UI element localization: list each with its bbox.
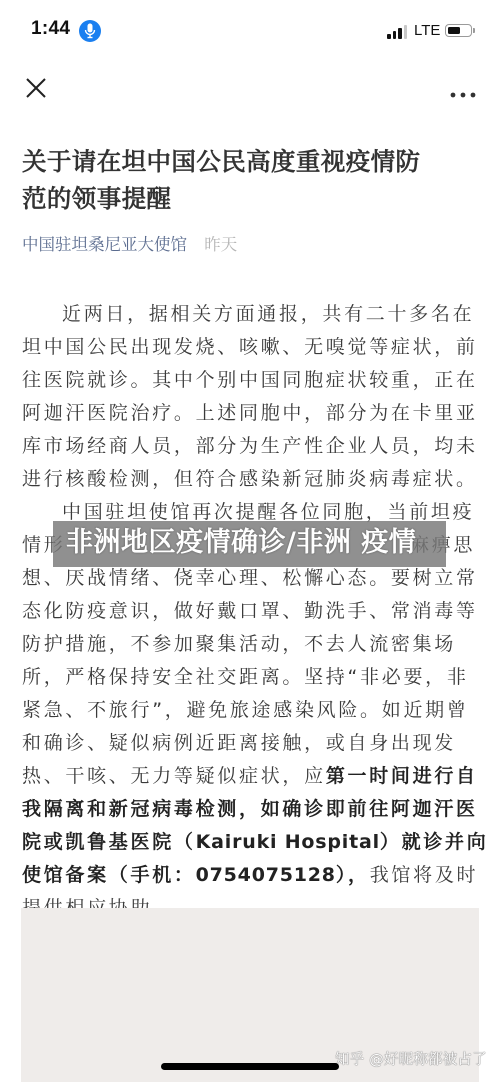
body-fragment: 热、干咳、无力等疑似症状，应 <box>22 765 326 787</box>
more-icon <box>449 91 477 99</box>
status-bar: 1:44 LTE <box>0 0 500 64</box>
body-line: 所，严格保持安全社交距离。坚持“非必要，非 <box>22 661 482 694</box>
body-line: 库市场经商人员，部分为生产性企业人员，均未 <box>22 430 482 463</box>
body-line: 近两日，据相关方面通报，共有二十多名在 <box>22 298 482 331</box>
battery-icon <box>445 24 472 37</box>
publish-time: 昨天 <box>204 235 237 254</box>
article-title-line-1: 关于请在坦中国公民高度重视疫情防 <box>22 143 482 180</box>
microphone-icon[interactable] <box>79 20 101 42</box>
emphasis-text: ）就诊并向 <box>380 831 489 853</box>
emphasis-text: ）， <box>336 864 370 886</box>
body-line: 防护措施，不参加聚集活动，不去人流密集场 <box>22 628 482 661</box>
status-time: 1:44 <box>31 18 70 40</box>
battery-tip <box>473 28 475 33</box>
article-title: 关于请在坦中国公民高度重视疫情防 范的领事提醒 <box>22 143 482 217</box>
overlay-caption-text: 非洲地区疫情确诊/非洲 疫情 <box>66 523 416 563</box>
article-body: 近两日，据相关方面通报，共有二十多名在 坦中国公民出现发烧、咳嗽、无嗅觉等症状，… <box>22 298 482 925</box>
body-line: 使馆备案（手机：0754075128），我馆将及时 <box>22 859 482 892</box>
body-line: 紧急、不旅行”，避免旅途感染风险。如近期曾 <box>22 694 482 727</box>
emphasis-text: 院或凯鲁基医院（ <box>22 831 196 853</box>
body-line: 和确诊、疑似病例近距离接触，或自身出现发 <box>22 727 482 760</box>
cellular-signal-icon <box>387 25 409 39</box>
close-button[interactable] <box>24 76 48 100</box>
account-name-link[interactable]: 中国驻坦桑尼亚大使馆 <box>22 235 187 254</box>
body-line: 往医院就诊。其中个别中国同胞症状较重，正在 <box>22 364 482 397</box>
body-line: 坦中国公民出现发烧、咳嗽、无嗅觉等症状，前 <box>22 331 482 364</box>
home-indicator[interactable] <box>161 1063 339 1070</box>
emphasis-line: 院或凯鲁基医院（Kairuki Hospital）就诊并向 <box>22 826 482 859</box>
network-type: LTE <box>414 22 440 39</box>
body-line: 进行核酸检测，但符合感染新冠肺炎病毒症状。 <box>22 463 482 496</box>
emphasis-text: 第一时间进行自 <box>326 765 478 787</box>
body-line: 阿迦汗医院治疗。上述同胞中，部分为在卡里亚 <box>22 397 482 430</box>
more-options-button[interactable] <box>449 84 477 92</box>
emphasis-line: 我隔离和新冠病毒检测，如确诊即前往阿迦汗医 <box>22 793 482 826</box>
emphasis-text: 使馆备案（手机： <box>22 864 196 886</box>
close-icon <box>24 76 48 100</box>
zhihu-watermark: 知乎 @好昵称都被占了 <box>335 1048 487 1069</box>
body-line: 热、干咳、无力等疑似症状，应第一时间进行自 <box>22 760 482 793</box>
hospital-name-en: Kairuki Hospital <box>196 831 380 853</box>
article-title-line-2: 范的领事提醒 <box>22 180 482 217</box>
phone-number: 0754075128 <box>196 864 336 886</box>
body-fragment: 我馆将及时 <box>370 864 479 886</box>
article-meta: 中国驻坦桑尼亚大使馆 昨天 <box>22 234 237 256</box>
body-line: 态化防疫意识，做好戴口罩、勤洗手、常消毒等 <box>22 595 482 628</box>
